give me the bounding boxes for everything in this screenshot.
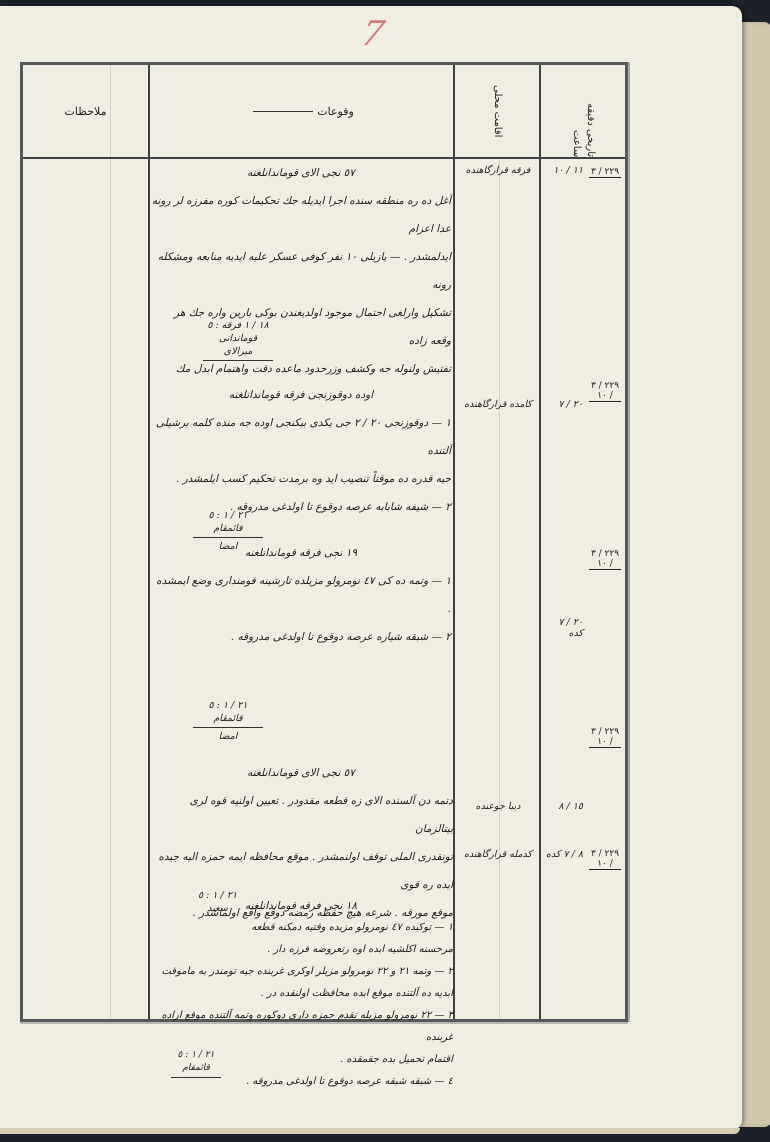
signature-line: قائمقام [171, 1062, 221, 1075]
entry-1-hour: ١١ / ١٠ [543, 165, 583, 176]
signature-line: ٢١ / ١ : ٥ [171, 1049, 221, 1062]
signature-line: ٢١ / ١ : ٥ [193, 699, 263, 712]
entry-5-location: كدمله قرارگاهنده [455, 849, 541, 860]
entry-1-signature: ١٨ / ١ فرقه : ٥ قوماندانى ميرالاى [203, 319, 273, 363]
entry-1-title: ٥٧ نجی الاى قوماندانلغنه [151, 159, 451, 187]
signature-line: ٢١ / ١ : ٥ [193, 509, 263, 522]
header-events-label: وقوعات [317, 105, 354, 118]
header-events-rule [253, 111, 313, 112]
entry-2-text: اوده دوقوزنجى فرقه قوماندانلغنه ١ — دوقو… [151, 381, 451, 521]
entry-3-signature: ٢١ / ١ : ٥ قائمقام امضا [193, 699, 263, 743]
entry-4-hour: ١٥ / ٨ [543, 801, 583, 812]
entry-1-line: آغل ده ره منطقه سنده اجرا ایدیله جك تحکی… [151, 187, 451, 243]
entry-5-title: ١٨ نجى فرقه قوماندانلغنه [149, 895, 453, 917]
entry-2-line: حيه قدره ده موقتاً تنصيب ايد وه برمدت تح… [151, 465, 451, 493]
entry-5-line: مرحسنه اكلشيه ابده اوه رتعروضه فرزه دار … [149, 939, 453, 961]
entry-5-line: ابديه ده آلتنده موقع ابده محافظت اولنقده… [149, 983, 453, 1005]
entry-2-location: كامده قرارگاهنده [455, 399, 541, 410]
signature-underline [193, 727, 263, 728]
signature-line: قائمقام [193, 712, 263, 725]
signature-line: قوماندانى [203, 332, 273, 345]
entry-4-line: تونقدرى الملى توقف اولنمشدر . موقع محافظ… [149, 843, 453, 899]
entry-5-line: ١ — توکیده ٤٧ نومرولو مزیده وقتیه دمکنه … [149, 917, 453, 939]
entry-3-hour: ٢٠ / ٧ كده [543, 617, 583, 639]
signature-line: امضا [193, 730, 263, 743]
folio-number: 7 [358, 14, 417, 54]
entry-3-text: ١٩ نجى فرقه قوماندانلغنه ١ — وتمه ده كى … [151, 539, 451, 651]
signature-underline [193, 537, 263, 538]
signature-underline [203, 360, 273, 361]
entry-2-title: اوده دوقوزنجى فرقه قوماندانلغنه [151, 381, 451, 409]
entry-1-date: ٢٢٩ / ٣ [589, 167, 621, 178]
entry-1-line: تفتيش ولنوله جه وكشف وزرحدود ماعده دقت و… [151, 355, 451, 383]
entries-area: ٢٢٩ / ٣ ١١ / ١٠ فرقه قرارگاهنده ٥٧ نجی ا… [23, 159, 625, 1019]
header-date-hour-label: تاریخی دقیقه ساعت [569, 85, 597, 157]
entry-2-line: ١ — دوقوزنجى ٢٠ / ٢ جى يكدى بيكنجى اوده … [151, 409, 451, 465]
signature-line: ١٨ / ١ فرقه : ٥ [203, 319, 273, 332]
entry-4-title: ٥٧ نجى الاى قوماندانلغنه [149, 759, 453, 787]
entry-3-line: ١ — وتمه ده كى ٤٧ نومرولو مزیلده تارشینه… [151, 567, 451, 623]
header-location: اقامت محلی [455, 65, 539, 157]
entry-1-location: فرقه قرارگاهنده [455, 165, 541, 176]
page-bottom-edge [0, 1128, 740, 1134]
entry-2-hour: ٢٠ / ٧ [543, 399, 583, 410]
header-date-hour: تاریخی دقیقه ساعت [541, 65, 625, 157]
entry-5-line: ٣ — ٢٢ نومرولو مزیله تقدم حمزه دارى دوكو… [149, 1005, 453, 1049]
signature-underline [171, 1077, 221, 1078]
entry-3-title: ١٩ نجى فرقه قوماندانلغنه [151, 539, 451, 567]
entry-4-location: دیبا جوعنده [455, 801, 541, 812]
header-notes-label: ملاحظات [65, 105, 107, 118]
entry-1-line: ایدلمشدر . — یازیلی ١٠ نفر كوفى عسكر علي… [151, 243, 451, 299]
entry-1-line: تشكيل وارلغى احتمال موجود اولدیغندن بوكى… [151, 299, 451, 355]
entry-3-date: ٢٢٩ / ٣ / ١٠ [589, 549, 621, 570]
entry-5-date: ٢٢٩ / ٣ / ١٠ [589, 849, 621, 870]
entry-1-text: ٥٧ نجی الاى قوماندانلغنه آغل ده ره منطقه… [151, 159, 451, 383]
header-location-label: اقامت محلی [490, 85, 504, 137]
entry-2-date: ٢٢٩ / ٣ / ١٠ [589, 381, 621, 402]
header-notes: ملاحظات [23, 65, 148, 157]
entry-5-signature: ٢١ / ١ : ٥ قائمقام [171, 1049, 221, 1080]
header-events: وقوعات [150, 65, 453, 157]
entry-4-line: دتمه دن آلسنده الای زه قطعه مقدودر . تعی… [149, 787, 453, 843]
signature-line: قائمقام [193, 522, 263, 535]
signature-line: ميرالاى [203, 345, 273, 358]
entry-4-date: ٢٢٩ / ٣ / ١٠ [589, 727, 621, 748]
entry-5-hour: ٨ / ٧ كده [543, 849, 583, 860]
entry-3-line: ٢ — شبقه شیاره عرصه دوقوع تا اولدغی مدرو… [151, 623, 451, 651]
war-diary-form: ملاحظات وقوعات اقامت محلی تاریخی دقیقه س… [20, 62, 628, 1022]
entry-5-line: ٢ — وتمه ٢١ و ٢٢ نومرولو مزیلر اوكرى غرب… [149, 961, 453, 983]
